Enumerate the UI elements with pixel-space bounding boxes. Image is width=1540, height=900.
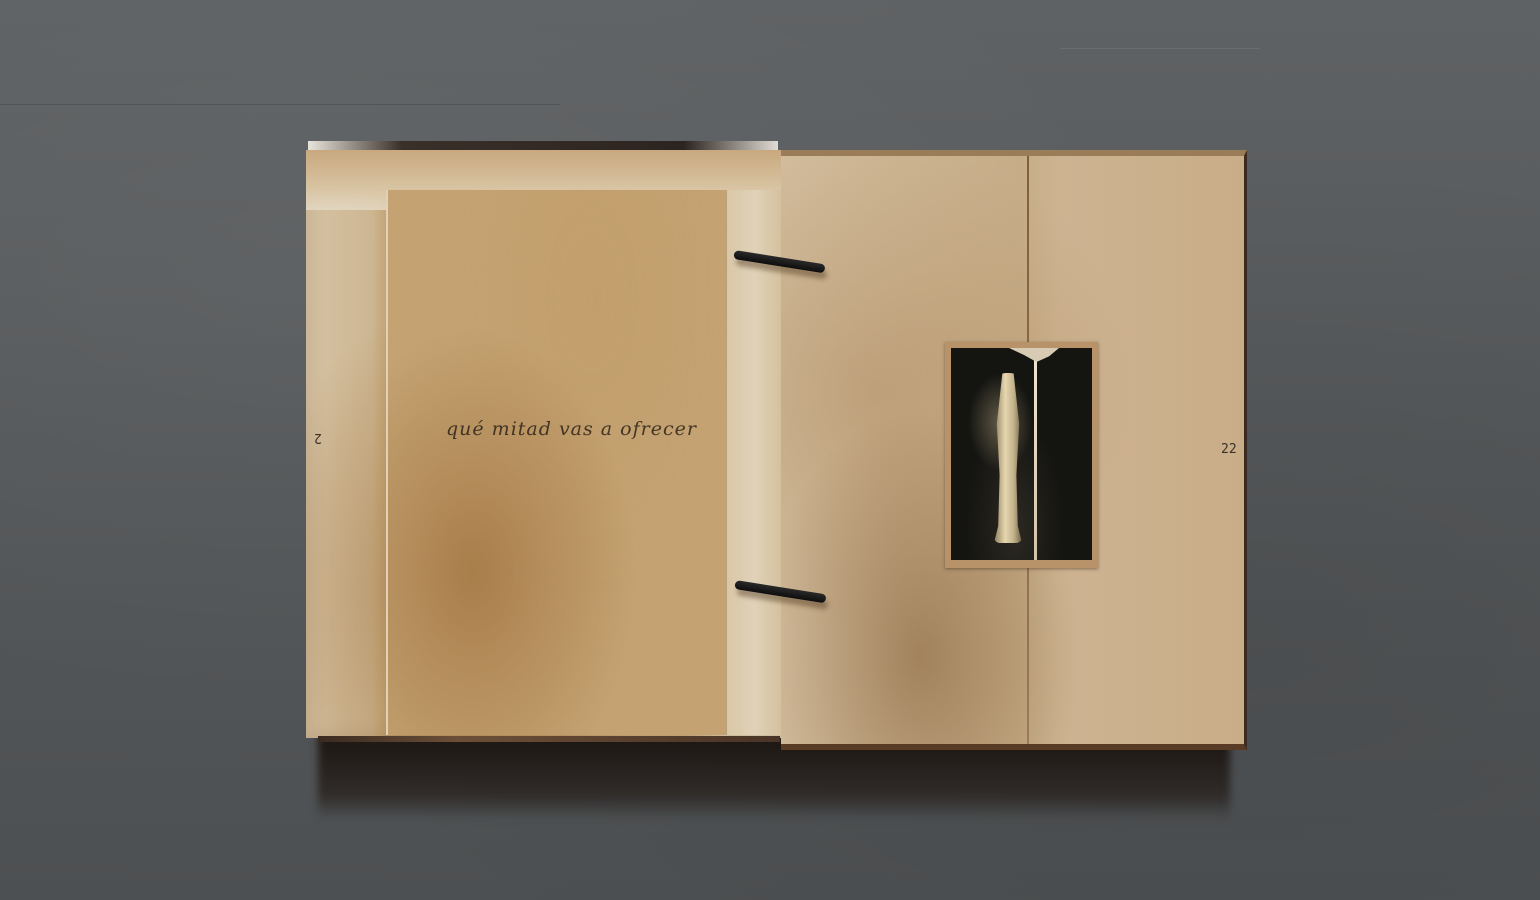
photo-torn-corner [1009,348,1059,362]
left-edge-page-number: 2 [314,430,322,445]
photo-image [951,348,1092,560]
statue-figure [994,373,1022,543]
surface-scratch [0,104,560,105]
surface-scratch [1060,48,1260,49]
left-page: 2 [306,150,782,738]
photo-tear-line [1034,348,1037,560]
handwritten-text: qué mitad vas a ofrecer [446,418,697,440]
vintage-photo [945,342,1098,568]
binding-strip [726,190,783,735]
stained-inner-panel [386,190,728,735]
left-page-edge-stack [318,736,780,742]
right-page-number: 22 [1221,442,1237,457]
